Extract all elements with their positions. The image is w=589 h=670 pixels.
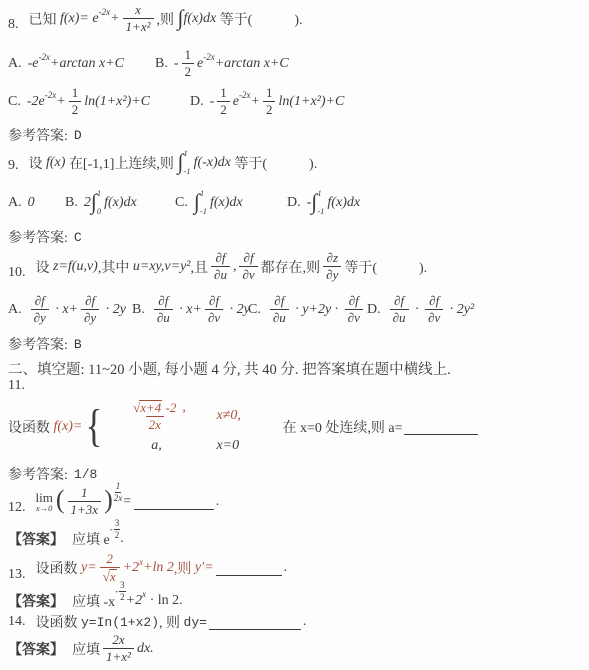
question-8-options-ab: A. -e -2x +arctan x+C B. - 12 e -2x +arc… (8, 48, 289, 80)
branch-condition: x=0 (216, 438, 274, 454)
math-text: ln(1+x²)+C (278, 94, 344, 110)
option-c: C. ∫ 1-1 f(x)dx (175, 190, 287, 216)
frac-num: ∂f (271, 294, 287, 309)
math-text: f(x)dx (184, 11, 217, 27)
math-text: +arctan x+C (215, 56, 289, 72)
option-c: C. -2e -2x + 12 ln(1+x²)+C (8, 86, 190, 118)
period: . (216, 494, 220, 510)
math-text: f(x)dx (104, 195, 137, 211)
period: . (120, 531, 124, 547)
frac-num: ∂f (82, 294, 98, 309)
partial-derivative: ∂f∂u (270, 294, 289, 326)
frac-num: 2 (103, 552, 116, 567)
brace-symbol: { (86, 405, 103, 446)
stem-text: 设函数 (36, 612, 82, 632)
question-number: 12. (8, 500, 26, 518)
option-a: A. ∂f∂y · x+ ∂f∂y · 2y (8, 294, 132, 326)
stem-text: 在 x=0 处连续,则 a= (282, 417, 402, 437)
option-label: D. (287, 195, 301, 211)
fraction: 12 (217, 86, 230, 118)
frac-num: ∂f (346, 294, 362, 309)
radical-body: x+4 (139, 400, 162, 416)
frac-den: ∂v (239, 266, 257, 283)
partial-derivative: ∂z∂y (323, 251, 341, 283)
frac-den: ∂v (425, 309, 443, 326)
frac-num: ∂f (206, 294, 222, 309)
piecewise-branch-2: a, x=0 (106, 438, 274, 454)
frac-den: 2 (217, 101, 230, 118)
option-label: A. (8, 195, 22, 211)
upper-limit: 1 (183, 149, 190, 158)
partial-derivative: ∂f∂u (211, 251, 230, 283)
answer-text: dx. (137, 641, 154, 657)
stem-text: ,则 (174, 558, 195, 578)
frac-den: 2x (114, 493, 123, 503)
partial-derivative: ∂f∂u (154, 294, 173, 326)
option-b: B. 2 ∫ 10 f(x)dx (65, 190, 175, 216)
stem-text: ,则 (157, 9, 178, 29)
frac-num: 1 (115, 482, 122, 493)
mini-fraction: 32 (119, 581, 126, 602)
option-label: C. (175, 195, 188, 211)
question-number: 14. (8, 614, 26, 630)
question-8-stem-row: 8. 已知 f(x)= e -2x + x1+x² ,则 ∫ f(x)dx 等于… (8, 3, 303, 35)
math-text: f(x)= e (60, 11, 99, 27)
math-text: ln(1+x²)+C (84, 94, 150, 110)
frac-den: 2 (120, 592, 125, 602)
math-text: dy= (184, 615, 207, 630)
frac-den: 2 (115, 530, 120, 540)
frac-den: ∂v (205, 309, 223, 326)
frac-num: ∂f (32, 294, 48, 309)
math-text: +2 (126, 593, 142, 609)
frac-den: 2 (263, 101, 276, 118)
math-text: + (56, 94, 65, 110)
lower-limit: -1 (200, 207, 207, 216)
stem-text: , 则 (159, 612, 184, 632)
piecewise-branch-1: √x+4 -22x , x≠0, (106, 400, 274, 433)
question-number: 10. (8, 265, 26, 283)
stem-text: 设 (29, 153, 47, 173)
fraction: 12 (182, 48, 195, 80)
answer-blank (209, 616, 301, 630)
answer-label: 参考答案: (8, 227, 68, 247)
answer-text: · ln 2. (146, 593, 183, 609)
math-text: - (210, 94, 215, 110)
exponent: -2x (39, 53, 51, 62)
answer-text: 应填 -x (72, 591, 115, 611)
math-text: 0 (28, 195, 35, 211)
frac-num: 1 (263, 86, 276, 101)
integral-limits: 1-1 (183, 149, 190, 175)
fraction: 2√x (100, 552, 120, 585)
option-d: D. - 12 e -2x + 12 ln(1+x²)+C (190, 86, 344, 118)
option-label: D. (190, 94, 204, 110)
piecewise-block: √x+4 -22x , x≠0, a, x=0 (106, 400, 274, 455)
frac-num: 1 (78, 486, 91, 501)
math-text: f(x)dx (327, 195, 360, 211)
option-b: B. - 12 e -2x +arctan x+C (155, 48, 289, 80)
fraction: 2x1+x² (103, 633, 134, 665)
branch-expression: √x+4 -22x , (106, 400, 206, 433)
math-text: +arctan x+C (50, 56, 124, 72)
question-13-stem-row: 13. 设函数 y= 2√x +2 x +ln 2 ,则 y′= . (8, 552, 287, 585)
option-label: B. (155, 56, 168, 72)
question-number: 11. (8, 378, 25, 394)
question-9-stem-row: 9. 设 f(x) 在[-1,1]上连续,则 ∫ 1-1 f(-x)dx 等于(… (8, 150, 317, 176)
upper-limit: 1 (200, 189, 207, 198)
math-text: u=xy,v=y² (133, 259, 191, 275)
exponent: -2x (203, 53, 215, 62)
option-label: B. (132, 302, 145, 318)
option-d: D. ∂f∂u · ∂f∂v · 2y² (367, 294, 474, 326)
answer-text: 应填 e (72, 529, 110, 549)
question-9-answer: 参考答案: C (8, 227, 82, 247)
question-13-answer: 【答案】 应填 -x -32 +2 x · ln 2. (8, 590, 183, 611)
stem-text: 等于( ). (344, 257, 427, 277)
integral-sign: ∫ (178, 7, 184, 29)
answer-label: 参考答案: (8, 334, 68, 354)
answer-value: C (74, 230, 82, 245)
frac-num: 1 (69, 86, 82, 101)
math-text: · y+2y · (292, 302, 342, 318)
frac-den: 1+x² (123, 18, 154, 35)
option-a: A. -e -2x +arctan x+C (8, 56, 155, 72)
exponent: x (139, 558, 143, 567)
frac-num: ∂f (155, 294, 171, 309)
integral-limits: 1-1 (200, 189, 207, 215)
integral-limits: 10 (97, 189, 101, 215)
answer-blank (134, 496, 214, 510)
math-text: -2e (27, 94, 45, 110)
math-text: f(x)dx (210, 195, 243, 211)
math-text: · x+ (176, 302, 202, 318)
lower-limit: 0 (97, 207, 101, 216)
stem-text: ,且 (191, 257, 209, 277)
question-10-answer: 参考答案: B (8, 334, 82, 354)
frac-num: 3 (119, 581, 126, 592)
option-d: D. - ∫ 1-1 f(x)dx (287, 190, 360, 216)
upper-limit: 1 (317, 189, 324, 198)
answer-label: 参考答案: (8, 464, 68, 484)
stem-text: 设函数 (8, 417, 54, 437)
math-text: y=In(1+x2) (81, 615, 159, 630)
question-11-number-row: 11. (8, 378, 35, 394)
math-text: · 2y (226, 302, 250, 318)
option-b: B. ∂f∂u · x+ ∂f∂v · 2y (132, 294, 248, 326)
question-11-body: 设函数 f(x)= { √x+4 -22x , x≠0, a, x=0 在 x=… (8, 394, 480, 460)
mini-fraction: 32 (114, 519, 121, 540)
partial-derivative: ∂f∂v (205, 294, 223, 326)
math-text: +2 (123, 560, 139, 576)
answer-value: 1/8 (74, 467, 97, 482)
math-text: f(x)= (54, 419, 83, 435)
lower-limit: -1 (183, 167, 190, 176)
partial-derivative: ∂f∂y (31, 294, 49, 326)
frac-num: 3 (114, 519, 121, 530)
upper-limit: 1 (97, 189, 101, 198)
frac-num: ∂f (212, 251, 228, 266)
question-9-options: A. 0 B. 2 ∫ 10 f(x)dx C. ∫ 1-1 f(x)dx D.… (8, 190, 360, 216)
section-title: 二、填空题: 11~20 小题, 每小题 4 分, 共 40 分. 把答案填在题… (8, 358, 451, 379)
stem-text: 设函数 (36, 558, 82, 578)
comma: , (182, 400, 186, 433)
integral-limits: 1-1 (317, 189, 324, 215)
frac-den: ∂y (81, 309, 99, 326)
frac-num: ∂f (391, 294, 407, 309)
left-paren: ( (56, 487, 65, 513)
math-text: -2 (162, 401, 176, 416)
exponent-fraction: -32 (115, 581, 126, 602)
stem-text: ,其中 (98, 257, 133, 277)
frac-den: 2x (146, 416, 164, 433)
frac-den: 2 (182, 63, 195, 80)
frac-den: ∂u (154, 309, 173, 326)
frac-den: ∂u (390, 309, 409, 326)
answer-label: 【答案】 (8, 591, 64, 611)
stem-text: 设 (36, 257, 54, 277)
option-a: A. 0 (8, 195, 65, 211)
right-paren: ) (104, 487, 113, 513)
stem-text: , (233, 259, 237, 275)
minus-sign: - (115, 587, 118, 596)
frac-num: 2x (109, 633, 127, 648)
frac-den: ∂y (323, 266, 341, 283)
frac-den: 2 (69, 101, 82, 118)
math-text: · 2y² (446, 302, 474, 318)
option-label: A. (8, 302, 22, 318)
answer-text: 应填 (72, 639, 100, 659)
equals-sign: = (122, 494, 131, 510)
frac-num: √x+4 -2 (130, 400, 179, 416)
math-text: · x+ (52, 302, 78, 318)
frac-num: ∂z (324, 251, 341, 266)
period: . (284, 560, 288, 576)
answer-blank (216, 562, 282, 576)
math-text: +ln 2 (143, 560, 174, 576)
limit-block: limx→0 (36, 491, 53, 513)
answer-blank (404, 421, 478, 435)
question-10-options: A. ∂f∂y · x+ ∂f∂y · 2y B. ∂f∂u · x+ ∂f∂v… (8, 294, 474, 326)
frac-den: 1+x² (103, 648, 134, 665)
fraction: 12 (263, 86, 276, 118)
fraction: 12 (69, 86, 82, 118)
question-10-stem-row: 10. 设 z=f(u,v) ,其中 u=xy,v=y² ,且 ∂f∂u , ∂… (8, 251, 427, 283)
stem-text: 都存在,则 (261, 257, 321, 277)
frac-num: 1 (217, 86, 230, 101)
math-text: y′= (195, 560, 214, 576)
question-12-answer: 【答案】 应填 e -32 . (8, 528, 124, 549)
lower-limit: -1 (317, 207, 324, 216)
partial-derivative: ∂f∂u (390, 294, 409, 326)
stem-text: 等于( ). (216, 9, 302, 29)
stem-text: 已知 (29, 9, 61, 29)
math-text: y= (81, 560, 97, 576)
exponent: -2x (99, 8, 111, 17)
question-number: 13. (8, 567, 26, 585)
answer-value: D (74, 128, 82, 143)
partial-derivative: ∂f∂v (425, 294, 443, 326)
exponent: -2x (45, 91, 57, 100)
frac-den: ∂u (270, 309, 289, 326)
math-text: + (251, 94, 260, 110)
question-11-answer: 参考答案: 1/8 (8, 464, 97, 484)
question-14-stem-row: 14. 设函数 y=In(1+x2) , 则 dy= . (8, 612, 306, 632)
exponent-fraction: -32 (110, 519, 121, 540)
math-text: + (110, 11, 119, 27)
period: . (303, 614, 307, 630)
math-text: -e (28, 56, 39, 72)
frac-num: 1 (182, 48, 195, 63)
partial-derivative: ∂f∂v (239, 251, 257, 283)
question-8-options-cd: C. -2e -2x + 12 ln(1+x²)+C D. - 12 e -2x… (8, 86, 344, 118)
option-label: B. (65, 195, 78, 211)
frac-num: x (132, 3, 144, 18)
frac-den: 1+3x (68, 501, 102, 518)
partial-derivative: ∂f∂y (81, 294, 99, 326)
section-2-header: 二、填空题: 11~20 小题, 每小题 4 分, 共 40 分. 把答案填在题… (8, 358, 451, 379)
mini-fraction: 12x (114, 482, 123, 503)
exam-document: 8. 已知 f(x)= e -2x + x1+x² ,则 ∫ f(x)dx 等于… (0, 0, 589, 670)
frac-num: ∂f (426, 294, 442, 309)
frac-den: ∂v (345, 309, 363, 326)
stem-text: 在[-1,1]上连续,则 (65, 153, 177, 173)
question-number: 8. (8, 17, 19, 35)
frac-num: ∂f (241, 251, 257, 266)
answer-value: B (74, 337, 82, 352)
frac-den: ∂u (211, 266, 230, 283)
option-label: C. (248, 302, 261, 318)
answer-label: 参考答案: (8, 125, 68, 145)
math-text: z=f(u,v) (53, 259, 98, 275)
question-8-answer: 参考答案: D (8, 125, 82, 145)
question-14-answer: 【答案】 应填 2x1+x² dx. (8, 633, 154, 665)
answer-label: 【答案】 (8, 639, 64, 659)
exponent-fraction: 12x (113, 482, 123, 503)
fraction: 11+3x (68, 486, 102, 518)
question-number: 9. (8, 158, 19, 176)
option-label: A. (8, 56, 22, 72)
math-text: · (412, 302, 423, 318)
fraction: x1+x² (123, 3, 154, 35)
option-label: D. (367, 302, 381, 318)
math-text: · 2y (102, 302, 126, 318)
math-text: f(-x)dx (194, 155, 231, 171)
question-12-stem-row: 12. limx→0 ( 11+3x ) 12x = . (8, 486, 219, 518)
exponent: -2x (239, 91, 251, 100)
branch-condition: x≠0, (216, 408, 274, 424)
exponent: x (142, 590, 146, 599)
math-text: - (174, 56, 179, 72)
answer-label: 【答案】 (8, 529, 64, 549)
fraction: √x+4 -22x (130, 400, 179, 433)
frac-den: ∂y (31, 309, 49, 326)
math-text: 2 (84, 195, 91, 211)
option-c: C. ∂f∂u · y+2y · ∂f∂v (248, 294, 367, 326)
stem-text: 等于( ). (231, 153, 317, 173)
option-label: C. (8, 94, 21, 110)
math-text: f(x) (46, 155, 65, 171)
partial-derivative: ∂f∂v (345, 294, 363, 326)
limit-subscript: x→0 (36, 504, 53, 513)
minus-sign: - (110, 525, 113, 534)
branch-expression: a, (106, 438, 206, 454)
